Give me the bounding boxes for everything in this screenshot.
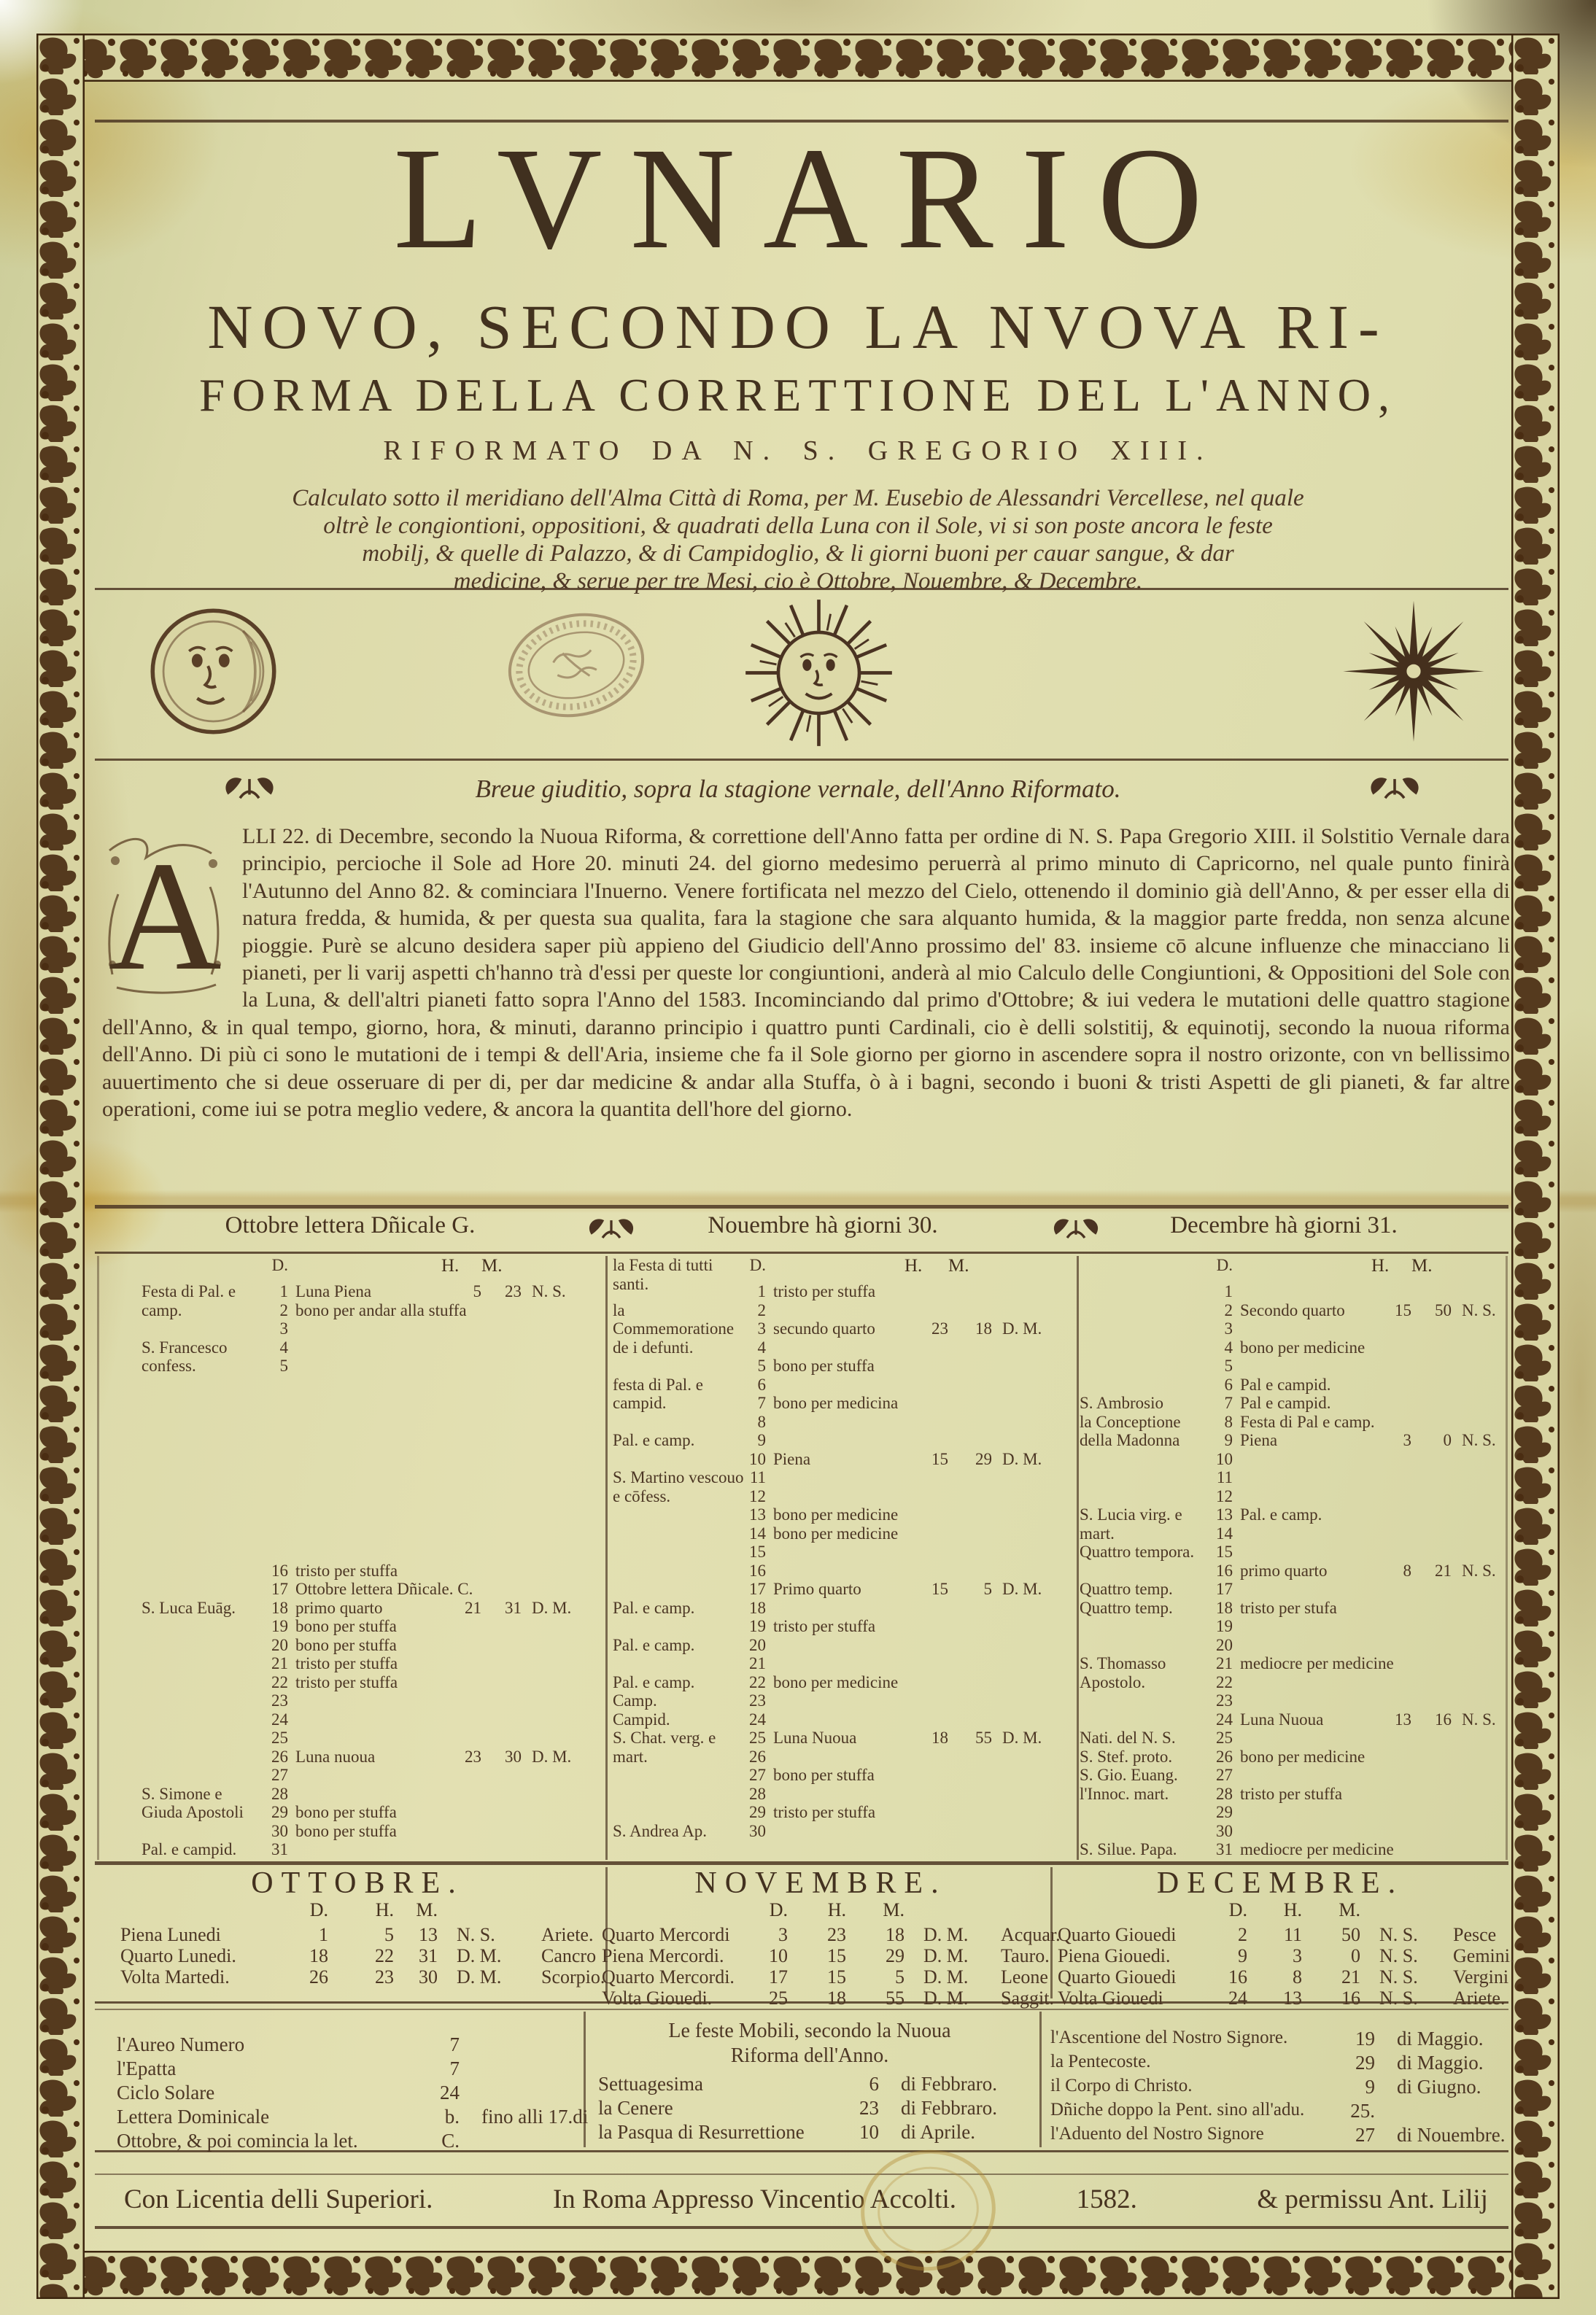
- maggiori-label: il Corpo di Christo.: [1050, 2076, 1335, 2100]
- cal-day-number: 19: [263, 1617, 295, 1636]
- cal-day-number: 1: [1211, 1282, 1240, 1301]
- cal-day-number: 10: [1211, 1450, 1240, 1469]
- phase-label: Piena Mercordi.: [602, 1945, 751, 1966]
- cal-day-number: 1: [744, 1282, 773, 1301]
- cal-minute-value: 30: [481, 1748, 522, 1767]
- phase-hour: 3: [1247, 1945, 1302, 1966]
- cal-minute-value: 31: [481, 1599, 522, 1618]
- cal-day-number: 11: [744, 1468, 773, 1487]
- saint-label: S. Gio. Euang.: [1080, 1766, 1211, 1785]
- phase-signature: N. S.: [1360, 1966, 1437, 1988]
- maggiori-label: l'Aduento del Nostro Signore: [1050, 2124, 1335, 2148]
- phase-day: 2: [1211, 1924, 1247, 1945]
- mobili-month: di Aprile.: [879, 2121, 1007, 2145]
- rule-calendar-top: [95, 1205, 1508, 1209]
- computus-label: l'Epatta: [117, 2058, 408, 2082]
- col-header-hour: H.: [788, 1899, 846, 1924]
- cal-hour-value: 13: [1371, 1710, 1411, 1729]
- phase-hour: 11: [1247, 1924, 1302, 1945]
- intro-line: mobilj, & quelle di Palazzo, & di Campid…: [127, 540, 1469, 567]
- cal-day-entry: tristo per stuffa: [295, 1673, 600, 1692]
- table-title-october: OTTOBRE.: [251, 1866, 463, 1901]
- phase-minute: 31: [394, 1945, 438, 1966]
- col-header-minute: M.: [481, 1256, 522, 1282]
- saint-label: Quattro temp.: [1080, 1580, 1211, 1599]
- maggiori-num: 27: [1335, 2124, 1375, 2148]
- cal-day-number: 17: [744, 1580, 773, 1599]
- cal-day-entry: Luna Nuoua: [1240, 1710, 1371, 1729]
- phase-minute: 16: [1302, 1988, 1360, 2009]
- rule-band: [95, 2174, 1508, 2175]
- computus-note: [460, 2082, 598, 2106]
- cal-minute-value: 50: [1411, 1301, 1452, 1320]
- mobili-month: di Febbraro.: [879, 2097, 1007, 2121]
- cal-day-number: 7: [744, 1394, 773, 1413]
- phase-hour: 15: [788, 1966, 846, 1988]
- cal-day-entry: bono per stuffa: [295, 1803, 600, 1822]
- computus-label: l'Aureo Numero: [117, 2033, 408, 2058]
- cal-hour-value: 15: [1371, 1301, 1411, 1320]
- cal-signature: N. S.: [1452, 1301, 1504, 1320]
- phase-minute: 0: [1302, 1945, 1360, 1966]
- cal-day-entry: Piena: [773, 1450, 904, 1469]
- maggiori-label: l'Ascentione del Nostro Signore.: [1050, 2028, 1335, 2052]
- mobili-num: 6: [839, 2073, 879, 2097]
- saint-label: la Conceptione della Madonna: [1080, 1413, 1211, 1469]
- calendar-divider: [605, 1256, 608, 1860]
- mobili-label: Settuagesima: [598, 2073, 839, 2097]
- phase-label: Quarto Mercordi: [602, 1924, 751, 1945]
- cal-day-number: 24: [1211, 1710, 1240, 1729]
- computus-value: b.: [408, 2106, 460, 2130]
- cal-day-number: 26: [1211, 1748, 1240, 1767]
- saint-label: Pal. e camp.: [613, 1599, 744, 1618]
- cal-day-number: 14: [744, 1524, 773, 1543]
- cal-hour-value: 23: [441, 1748, 481, 1767]
- zodiac-sign: Vergini: [1437, 1966, 1515, 1988]
- saint-label: S. Martino vescouo e cōfess.: [613, 1468, 744, 1505]
- cal-day-number: 6: [1211, 1376, 1240, 1395]
- cal-day-number: 22: [744, 1673, 773, 1692]
- cal-minute-value: 16: [1411, 1710, 1452, 1729]
- cal-day-number: 18: [1211, 1599, 1240, 1618]
- col-header-minute: M.: [948, 1256, 992, 1282]
- computus-note: [460, 2058, 598, 2082]
- col-header-minute: M.: [1411, 1256, 1452, 1282]
- col-header-day: D.: [1211, 1899, 1247, 1924]
- cal-minute-value: 5: [948, 1580, 992, 1599]
- computus-label: Ciclo Solare: [117, 2082, 408, 2106]
- cal-day-number: 22: [263, 1673, 295, 1692]
- cal-day-number: 12: [1211, 1487, 1240, 1506]
- zodiac-sign: Tauro.: [985, 1945, 1061, 1966]
- cal-day-number: 25: [1211, 1729, 1240, 1748]
- table-title-december: DECEMBRE.: [1157, 1866, 1403, 1901]
- saint-label: Quattro tempora.: [1080, 1543, 1211, 1580]
- col-header-day: D.: [288, 1899, 328, 1924]
- cal-signature: D. M.: [992, 1319, 1068, 1338]
- col-header-day: D.: [744, 1256, 773, 1282]
- cal-signature: D. M.: [992, 1729, 1068, 1748]
- saint-label: l'Innoc. mart.: [1080, 1785, 1211, 1804]
- cal-hour-value: 21: [441, 1599, 481, 1618]
- cal-day-number: 25: [744, 1729, 773, 1748]
- saint-label: Nati. del N. S.: [1080, 1729, 1211, 1748]
- phase-signature: D. M.: [438, 1945, 525, 1966]
- computus-note: fino alli 17.di: [460, 2106, 598, 2130]
- feste-mobili-title-line: Riforma dell'Anno.: [584, 2044, 1036, 2068]
- cal-day-entry: mediocre per medicine: [1240, 1654, 1504, 1673]
- cal-signature: D. M.: [992, 1580, 1068, 1599]
- computus-value: 24: [408, 2082, 460, 2106]
- cal-signature: D. M.: [522, 1599, 600, 1618]
- saint-label: Pal. e camp.: [613, 1636, 744, 1655]
- phase-signature: N. S.: [1360, 1945, 1437, 1966]
- imprint-permission: & permissu Ant. Lilij: [1257, 2184, 1488, 2215]
- cal-day-number: 28: [744, 1785, 773, 1804]
- cal-day-number: 28: [1211, 1785, 1240, 1804]
- phase-minute: 30: [394, 1966, 438, 1988]
- phase-signature: D. M.: [904, 1945, 985, 1966]
- cal-day-number: 4: [263, 1338, 295, 1357]
- fleuron-icon: [580, 1211, 643, 1246]
- star-burst-icon: [1341, 592, 1487, 745]
- cal-day-number: 24: [263, 1710, 295, 1729]
- cal-day-number: 22: [1211, 1673, 1240, 1692]
- zodiac-sign: Gemini.: [1437, 1945, 1515, 1966]
- cal-day-number: 23: [263, 1691, 295, 1710]
- computus-note: [460, 2033, 598, 2058]
- cal-day-number: 23: [744, 1691, 773, 1710]
- cal-day-entry: bono per stuffa: [773, 1766, 1068, 1785]
- cal-day-entry: primo quarto: [295, 1599, 441, 1618]
- phase-table-december: D.H.M.Quarto Giouedi21150N. S.PescePiena…: [1058, 1899, 1506, 2009]
- cal-day-number: 2: [1211, 1301, 1240, 1320]
- cal-day-number: 31: [1211, 1840, 1240, 1859]
- zodiac-sign: Scorpio.: [525, 1966, 609, 1988]
- col-header-hour: H.: [441, 1256, 481, 1282]
- phase-hour: 18: [788, 1988, 846, 2009]
- zodiac-sign: Ariete.: [1437, 1988, 1515, 2009]
- phase-day: 18: [288, 1945, 328, 1966]
- cal-day-entry: tristo per stuffa: [1240, 1785, 1504, 1804]
- cal-day-number: 15: [744, 1543, 773, 1562]
- rule-band: [95, 2001, 1508, 2004]
- col-header-hour: H.: [1371, 1256, 1411, 1282]
- cal-day-entry: bono per medicine: [773, 1524, 1068, 1543]
- calendar-column-november: D.H.M.1tristo per stuffa23secundo quarto…: [613, 1256, 1068, 1840]
- phase-day: 3: [751, 1924, 788, 1945]
- phase-label: Volta Giouedi: [1058, 1988, 1211, 2009]
- title-line-2: NOVO, SECONDO LA NVOVA RI-: [0, 290, 1596, 363]
- cal-day-number: 13: [1211, 1505, 1240, 1524]
- mobili-num: 10: [839, 2121, 879, 2145]
- saint-label: Pal. e campid.: [117, 1840, 263, 1859]
- lunario-broadside: LVNARIO NOVO, SECONDO LA NVOVA RI- FORMA…: [0, 0, 1596, 2315]
- phase-hour: 15: [788, 1945, 846, 1966]
- phase-minute: 13: [394, 1924, 438, 1945]
- cal-day-number: 17: [1211, 1580, 1240, 1599]
- phase-hour: 23: [328, 1966, 394, 1988]
- cal-signature: D. M.: [992, 1450, 1068, 1469]
- drop-cap-initial: A: [102, 829, 228, 996]
- cal-day-number: 6: [744, 1376, 773, 1395]
- month-header-october: Ottobre lettera Dñicale G.: [225, 1212, 476, 1239]
- phase-label: Piena Lunedi: [120, 1924, 288, 1945]
- title-line-4: RIFORMATO DA N. S. GREGORIO XIII.: [0, 435, 1596, 467]
- saint-label: Campid.: [613, 1710, 744, 1729]
- cal-day-number: 30: [1211, 1822, 1240, 1841]
- cal-day-entry: tristo per stuffa: [295, 1654, 600, 1673]
- cal-minute-value: 55: [948, 1729, 992, 1748]
- cal-day-number: 18: [744, 1599, 773, 1618]
- computus-block: l'Aureo Numero7l'Epatta7Ciclo Solare24Le…: [117, 2033, 598, 2154]
- mobili-label: la Pasqua di Resurrettione: [598, 2121, 839, 2145]
- cal-day-entry: bono per stuffa: [295, 1822, 600, 1841]
- cal-day-number: 23: [1211, 1691, 1240, 1710]
- giuditio-heading: Breue giuditio, sopra la stagione vernal…: [0, 775, 1596, 804]
- saint-label: S. Andrea Ap.: [613, 1822, 744, 1841]
- col-header-hour: H.: [328, 1899, 394, 1924]
- imprint-licence: Con Licentia delli Superiori.: [124, 2184, 433, 2215]
- cal-day-number: 3: [744, 1319, 773, 1338]
- cal-day-entry: secundo quarto: [773, 1319, 904, 1338]
- main-title: LVNARIO: [0, 123, 1596, 276]
- intro-line: Calculato sotto il meridiano dell'Alma C…: [127, 484, 1469, 512]
- band-divider: [1039, 2012, 1042, 2147]
- col-header-day: D.: [1211, 1256, 1240, 1282]
- cal-day-number: 16: [744, 1562, 773, 1581]
- cal-day-number: 13: [744, 1505, 773, 1524]
- cal-day-number: 30: [263, 1822, 295, 1841]
- phase-label: Volta Martedi.: [120, 1966, 288, 1988]
- zodiac-sign: Acquar.: [985, 1924, 1061, 1945]
- cal-day-number: 19: [1211, 1617, 1240, 1636]
- intro-line: oltrè le congiontioni, oppositioni, & qu…: [127, 512, 1469, 540]
- maggiori-label: la Pentecoste.: [1050, 2052, 1335, 2076]
- saint-label: festa di Pal. e campid.: [613, 1376, 744, 1413]
- rule-band: [95, 2150, 1508, 2152]
- border-ornament-bottom: [36, 2251, 1560, 2299]
- cal-signature: N. S.: [1452, 1431, 1504, 1450]
- maggiori-num: 25.: [1335, 2100, 1375, 2124]
- saint-label: Pal. e camp.: [613, 1673, 744, 1692]
- col-header-minute: M.: [1302, 1899, 1360, 1924]
- cal-hour-value: 5: [441, 1282, 481, 1301]
- cal-day-number: 11: [1211, 1468, 1240, 1487]
- drop-cap-letter: A: [108, 829, 221, 996]
- maggiori-num: 9: [1335, 2076, 1375, 2100]
- phase-day: 26: [288, 1966, 328, 1988]
- cal-day-entry: Luna Nuoua: [773, 1729, 904, 1748]
- cal-day-number: 5: [744, 1357, 773, 1376]
- cal-day-number: 5: [263, 1357, 295, 1376]
- feste-mobili-block: Settuagesima6di Febbraro.la Cenere23di F…: [598, 2073, 1007, 2145]
- cal-day-entry: bono per medicine: [1240, 1748, 1504, 1767]
- moon-face-icon: [146, 604, 281, 739]
- phase-day: 9: [1211, 1945, 1247, 1966]
- maggiori-month: di Maggio.: [1375, 2028, 1505, 2052]
- cal-minute-value: 18: [948, 1319, 992, 1338]
- cal-day-number: 7: [1211, 1394, 1240, 1413]
- cal-day-number: 20: [744, 1636, 773, 1655]
- cal-day-number: 9: [744, 1431, 773, 1450]
- cal-day-number: 4: [744, 1338, 773, 1357]
- cal-hour-value: 3: [1371, 1431, 1411, 1450]
- rule-tables-top: [95, 1861, 1508, 1865]
- printers-stamp-icon: [493, 593, 660, 737]
- saint-label: S. Stef. proto.: [1080, 1748, 1211, 1767]
- col-header-hour: H.: [904, 1256, 948, 1282]
- cal-day-number: 29: [1211, 1803, 1240, 1822]
- phase-minute: 55: [846, 1988, 904, 2009]
- table-title-november: NOVEMBRE.: [694, 1866, 946, 1901]
- cal-hour-value: 18: [904, 1729, 948, 1748]
- saint-label: Pal. e camp.: [613, 1431, 744, 1450]
- cal-day-entry: bono per stuffa: [295, 1636, 600, 1655]
- sun-face-icon: [740, 594, 897, 751]
- saint-label: la Commemoratione de i defunti.: [613, 1301, 744, 1357]
- cal-day-number: 5: [1211, 1357, 1240, 1376]
- phase-label: Piena Giouedi.: [1058, 1945, 1211, 1966]
- maggiori-month: di Nouembre.: [1375, 2124, 1505, 2148]
- cal-day-number: 8: [1211, 1413, 1240, 1432]
- phase-day: 25: [751, 1988, 788, 2009]
- phase-signature: N. S.: [1360, 1988, 1437, 2009]
- cal-day-number: 31: [263, 1840, 295, 1859]
- cal-day-number: 24: [744, 1710, 773, 1729]
- cal-day-number: 4: [1211, 1338, 1240, 1357]
- cal-signature: N. S.: [1452, 1562, 1504, 1581]
- cal-day-number: 25: [263, 1729, 295, 1748]
- calendar-divider: [97, 1256, 99, 1860]
- maggiori-month: di Maggio.: [1375, 2052, 1505, 2076]
- saint-label: S. Chat. verg. e mart.: [613, 1729, 744, 1766]
- cal-day-entry: Luna Piena: [295, 1282, 441, 1301]
- cal-day-entry: tristo per stuffa: [773, 1803, 1068, 1822]
- cal-day-number: 28: [263, 1785, 295, 1804]
- mobili-label: la Cenere: [598, 2097, 839, 2121]
- cal-day-number: 21: [744, 1654, 773, 1673]
- fleuron-icon: [1045, 1211, 1107, 1246]
- calendar-column-december: D.H.M.12Secondo quarto1550N. S.34bono pe…: [1080, 1256, 1504, 1859]
- giuditio-paragraph: A LLI 22. di Decembre, secondo la Nuoua …: [102, 823, 1510, 1122]
- cal-day-entry: tristo per stuffa: [773, 1617, 1068, 1636]
- cal-day-entry: mediocre per medicine: [1240, 1840, 1504, 1859]
- imprint-year: 1582.: [1077, 2184, 1137, 2215]
- phase-hour: 22: [328, 1945, 394, 1966]
- cal-day-number: 9: [1211, 1431, 1240, 1450]
- saint-label: Festa di Pal. e camp.: [117, 1282, 263, 1319]
- zodiac-sign: Ariete.: [525, 1924, 609, 1945]
- phase-table-october: D.H.M.Piena Lunedi1513N. S.Ariete.Quarto…: [120, 1899, 609, 1988]
- rule-emblems-top: [95, 588, 1508, 590]
- zodiac-sign: Cancro: [525, 1945, 609, 1966]
- cal-day-entry: Ottobre lettera Dñicale. C.: [295, 1580, 600, 1599]
- phase-hour: 8: [1247, 1966, 1302, 1988]
- cal-day-entry: Festa di Pal e camp.: [1240, 1413, 1504, 1432]
- cal-day-number: 27: [1211, 1766, 1240, 1785]
- cal-minute-value: 29: [948, 1450, 992, 1469]
- phase-signature: D. M.: [904, 1988, 985, 2009]
- phase-signature: N. S.: [1360, 1924, 1437, 1945]
- rule-calendar-header: [95, 1252, 1508, 1254]
- phase-minute: 50: [1302, 1924, 1360, 1945]
- saint-label: S. Ambrosio: [1080, 1394, 1211, 1413]
- phase-signature: D. M.: [438, 1966, 525, 1988]
- zodiac-sign: Saggit.: [985, 1988, 1061, 2009]
- phase-label: Quarto Giouedi: [1058, 1966, 1211, 1988]
- cal-day-number: 16: [263, 1562, 295, 1581]
- phase-minute: 18: [846, 1924, 904, 1945]
- cal-day-number: 1: [263, 1282, 295, 1301]
- saint-label: S. Silue. Papa.: [1080, 1840, 1211, 1859]
- cal-day-number: 27: [263, 1766, 295, 1785]
- cal-day-number: 8: [744, 1413, 773, 1432]
- cal-day-number: 29: [744, 1803, 773, 1822]
- cal-day-number: 21: [1211, 1654, 1240, 1673]
- cal-day-number: 21: [263, 1654, 295, 1673]
- col-header-hour: H.: [1247, 1899, 1302, 1924]
- border-ornament-top: [36, 34, 1560, 82]
- feste-maggiori-block: l'Ascentione del Nostro Signore.19di Mag…: [1050, 2028, 1495, 2148]
- cal-day-number: 12: [744, 1487, 773, 1506]
- cal-hour-value: 8: [1371, 1562, 1411, 1581]
- saint-label: S. Francesco confess.: [117, 1338, 263, 1376]
- cal-day-number: 26: [744, 1748, 773, 1767]
- cal-day-number: 26: [263, 1748, 295, 1767]
- phase-label: Quarto Mercordi.: [602, 1966, 751, 1988]
- cal-day-entry: Piena: [1240, 1431, 1371, 1450]
- calendar-column-october: D.H.M.1Luna Piena523N. S.2bono per andar…: [117, 1256, 600, 1859]
- feste-mobili-title-line: Le feste Mobili, secondo la Nuoua: [584, 2019, 1036, 2044]
- computus-value: 7: [408, 2033, 460, 2058]
- cal-minute-value: 23: [481, 1282, 522, 1301]
- intro-paragraph: Calculato sotto il meridiano dell'Alma C…: [127, 484, 1469, 595]
- saint-label: S. Thomasso Apostolo.: [1080, 1654, 1211, 1691]
- cal-minute-value: 0: [1411, 1431, 1452, 1450]
- col-header-day: D.: [751, 1899, 788, 1924]
- cal-day-entry: Pal e campid.: [1240, 1394, 1504, 1413]
- cal-day-entry: bono per medicina: [773, 1394, 1068, 1413]
- cal-day-number: 16: [1211, 1562, 1240, 1581]
- cal-day-entry: bono per medicine: [773, 1673, 1068, 1692]
- cal-day-number: 17: [263, 1580, 295, 1599]
- cal-day-number: 20: [263, 1636, 295, 1655]
- saint-label: S. Lucia virg. e mart.: [1080, 1505, 1211, 1543]
- phase-table-november: D.H.M.Quarto Mercordi32318D. M.Acquar.Pi…: [602, 1899, 1036, 2009]
- cal-day-entry: tristo per stufa: [1240, 1599, 1504, 1618]
- cal-day-number: 15: [1211, 1543, 1240, 1562]
- saint-label: la Festa di tutti santi.: [613, 1256, 744, 1301]
- phase-minute: 29: [846, 1945, 904, 1966]
- cal-signature: N. S.: [522, 1282, 600, 1301]
- cal-day-number: 10: [744, 1450, 773, 1469]
- feste-mobili-title: Le feste Mobili, secondo la Nuoua Riform…: [584, 2019, 1036, 2068]
- imprint-line: Con Licentia delli Superiori. In Roma Ap…: [124, 2184, 1488, 2215]
- phase-day: 16: [1211, 1966, 1247, 1988]
- cal-day-entry: bono per stuffa: [295, 1617, 600, 1636]
- cal-signature: N. S.: [1452, 1710, 1504, 1729]
- phase-signature: N. S.: [438, 1924, 525, 1945]
- phase-hour: 23: [788, 1924, 846, 1945]
- mobili-month: di Febbraro.: [879, 2073, 1007, 2097]
- intro-line: medicine, & serue per tre Mesi, cio è Ot…: [127, 567, 1469, 595]
- phase-label: Quarto Lunedi.: [120, 1945, 288, 1966]
- cal-day-entry: primo quarto: [1240, 1562, 1371, 1581]
- computus-value: 7: [408, 2058, 460, 2082]
- calendar-divider: [1506, 1256, 1508, 1860]
